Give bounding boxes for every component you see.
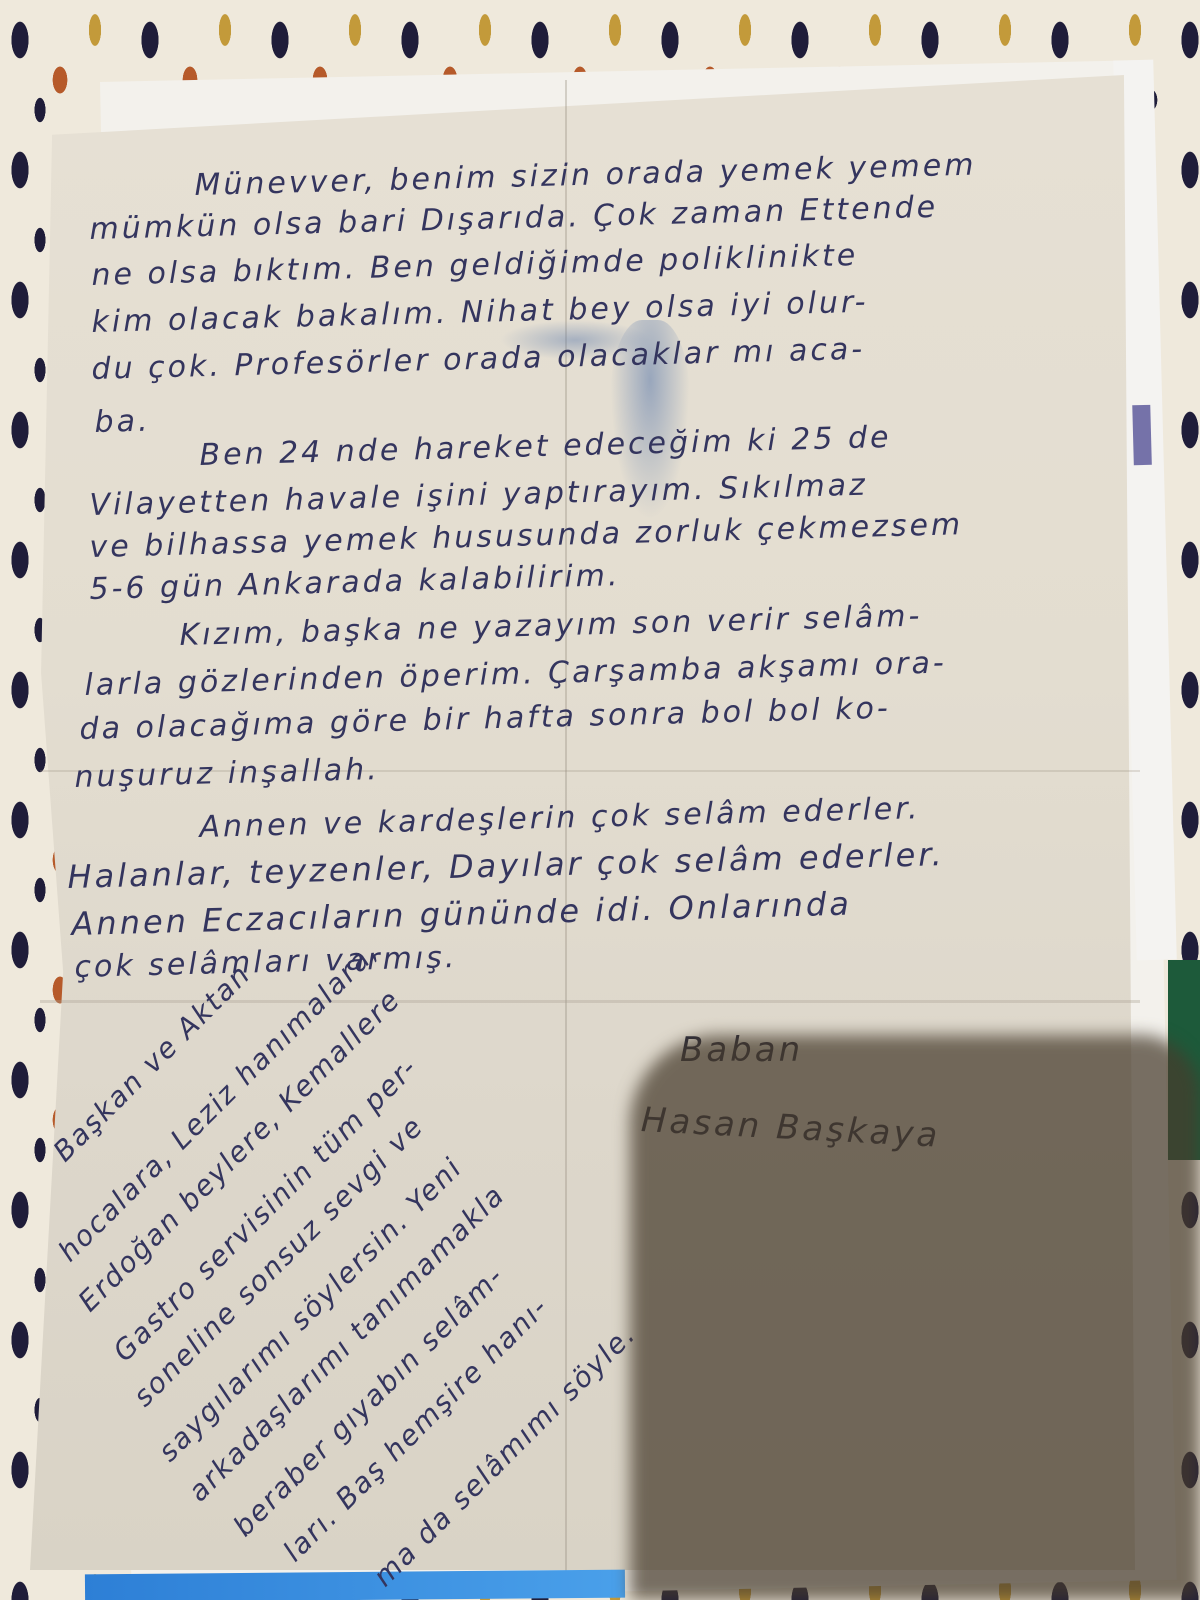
phone-shadow <box>630 1035 1200 1600</box>
blue-paper-strip <box>85 1570 625 1600</box>
letter-line: ba. <box>94 404 151 440</box>
